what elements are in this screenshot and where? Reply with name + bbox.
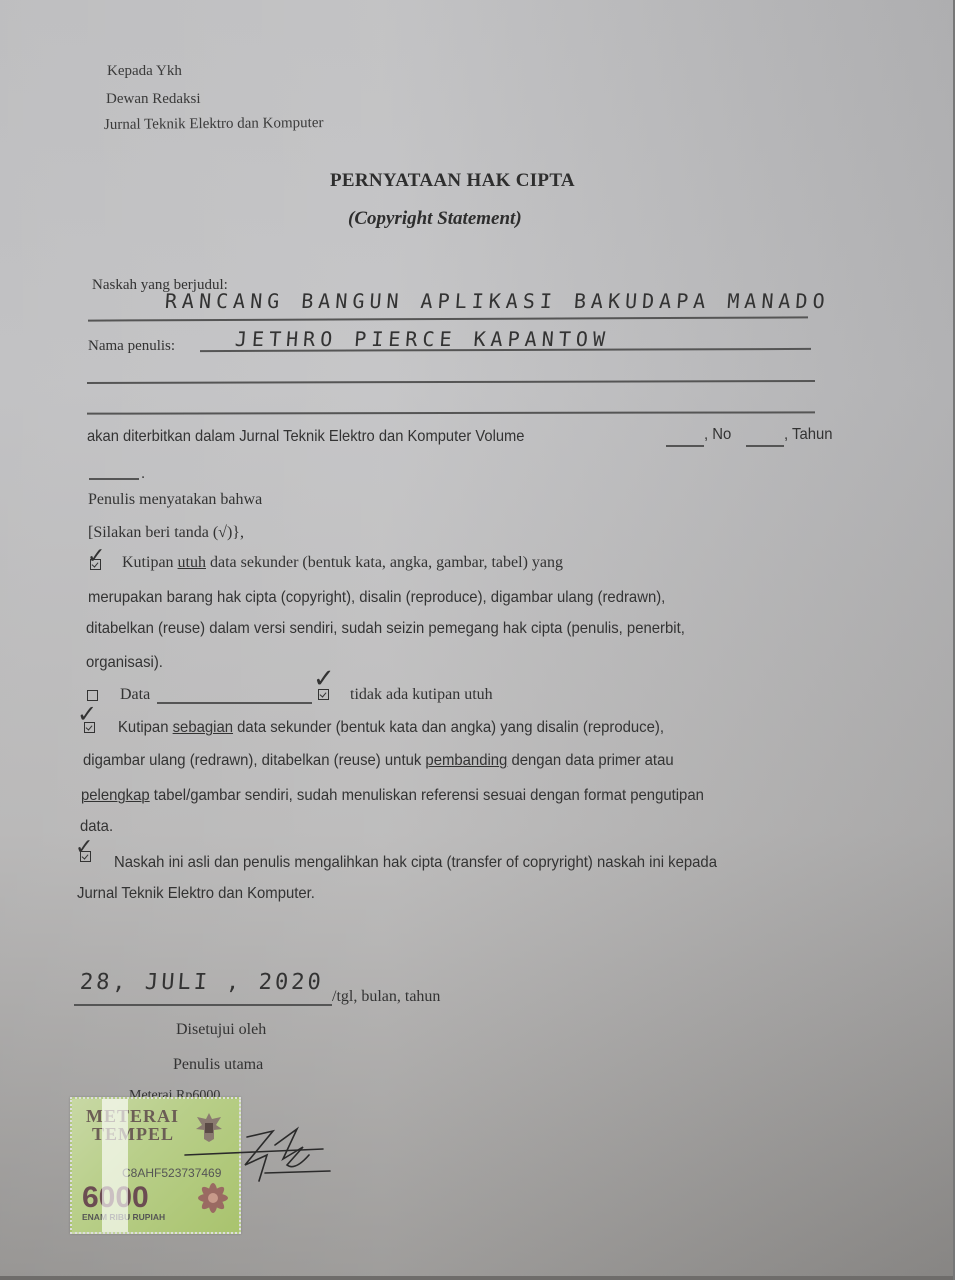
date-format-label: /tgl, bulan, tahun [332, 988, 440, 1006]
statement-intro: Penulis menyatakan bahwa [88, 491, 262, 509]
item-partial-quote-line-4: data. [80, 818, 113, 836]
author-name-label: Nama penulis: [88, 338, 175, 355]
data-label: Data [120, 686, 150, 704]
no-full-quote-label: tidak ada kutipan utuh [350, 686, 493, 704]
addressee-line-3: Jurnal Teknik Elektro dan Komputer [104, 115, 324, 134]
item-full-quote-line-4: organisasi). [86, 654, 163, 672]
stamp-glare [102, 1099, 128, 1232]
author-signature [175, 1125, 335, 1195]
paper-edge [0, 1276, 955, 1280]
item-original-transfer-line-2: Jurnal Teknik Elektro dan Komputer. [77, 885, 315, 903]
statement-instruction: [Silakan beri tanda (√)}, [88, 524, 244, 542]
checkbox-no-full-quote[interactable] [318, 689, 329, 700]
main-author-label: Penulis utama [173, 1056, 263, 1074]
addressee-line-1: Kepada Ykh [107, 63, 182, 80]
date-value[interactable]: 28, JULI , 2020 [79, 970, 324, 995]
item-full-quote-line-1: Kutipan utuh data sekunder (bentuk kata,… [122, 554, 563, 572]
item-full-quote-line-2: merupakan barang hak cipta (copyright), … [88, 589, 860, 607]
item-partial-quote-line-2: digambar ulang (redrawn), ditabelkan (re… [83, 752, 674, 770]
document-subtitle: (Copyright Statement) [348, 208, 522, 230]
addressee-line-2: Dewan Redaksi [106, 91, 201, 108]
blank-line-2 [87, 411, 815, 414]
publish-text: akan diterbitkan dalam Jurnal Teknik Ele… [87, 428, 524, 446]
blank-line-1 [87, 380, 815, 383]
manuscript-title-underline [88, 316, 808, 321]
item-partial-quote-line-3: pelengkap tabel/gambar sendiri, sudah me… [81, 787, 704, 805]
document-title: PERNYATAAN HAK CIPTA [330, 170, 575, 192]
year-period: . [141, 465, 145, 483]
checkbox-full-quote[interactable] [90, 559, 101, 570]
no-label: , No [704, 426, 731, 444]
checkbox-original-transfer[interactable] [80, 851, 91, 862]
number-field[interactable] [746, 445, 784, 447]
stamp-title: METERAITEMPEL [86, 1107, 179, 1143]
date-underline [74, 1004, 332, 1006]
author-name-value[interactable]: JETHRO PIERCE KAPANTOW [234, 327, 611, 351]
approved-by-label: Disetujui oleh [176, 1021, 266, 1039]
data-field[interactable] [157, 702, 312, 704]
publish-statement: akan diterbitkan dalam Jurnal Teknik Ele… [87, 426, 563, 446]
manuscript-title-value[interactable]: RANCANG BANGUN APLIKASI BAKUDAPA MANADO [164, 289, 830, 313]
checkbox-partial-quote[interactable] [84, 722, 95, 733]
item-original-transfer-line-1: Naskah ini asli dan penulis mengalihkan … [114, 854, 717, 872]
volume-field[interactable] [666, 445, 704, 447]
item-partial-quote-line-1: Kutipan sebagian data sekunder (bentuk k… [118, 719, 664, 737]
year-field[interactable] [89, 478, 139, 480]
year-label: , Tahun [784, 426, 833, 444]
item-full-quote-line-3: ditabelkan (reuse) dalam versi sendiri, … [86, 620, 685, 638]
